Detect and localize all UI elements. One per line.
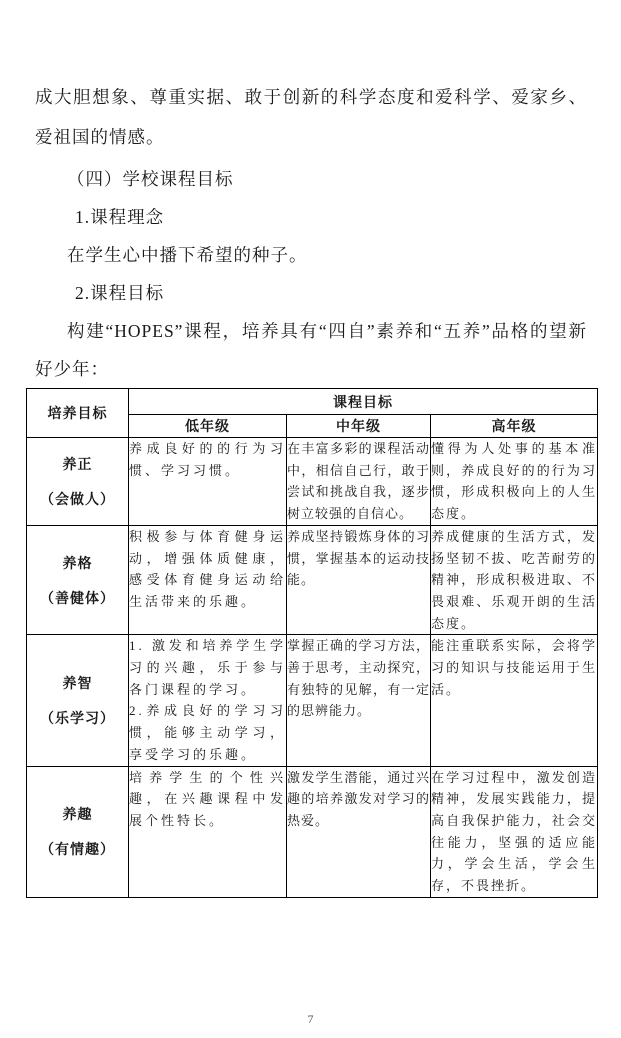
document-body: 成大胆想象、尊重实据、敢于创新的科学态度和爱科学、爱家乡、爱祖国的情感。 （四）… (35, 77, 587, 388)
header-cultivation-goal: 培养目标 (27, 389, 129, 438)
table-row-yangzheng: 养正 （会做人） 养成良好的的行为习惯、学习习惯。 在丰富多彩的课程活动中，相信… (27, 438, 598, 526)
row-label-cell: 养智 （乐学习） (27, 635, 129, 766)
subheading-course-goal: 2.课程目标 (35, 274, 587, 312)
header-course-goal: 课程目标 (129, 389, 598, 415)
cell-upper: 在学习过程中，激发创造精神，发展实践能力，提高自我保护能力，社会交往能力，坚强的… (431, 766, 598, 897)
row-label: 养正 (27, 452, 128, 476)
header-lower-grades: 低年级 (129, 415, 287, 438)
cell-lower: 积极参与体育健身运动，增强体质健康，感受体育健身运动给生活带来的乐趣。 (129, 525, 287, 635)
section-heading: （四）学校课程目标 (35, 160, 587, 198)
cell-upper: 能注重联系实际，会将学习的知识与技能运用于生活。 (431, 635, 598, 766)
cell-middle: 激发学生潜能，通过兴趣的培养激发对学习的热爱。 (287, 766, 431, 897)
row-sublabel: （乐学习） (27, 706, 128, 730)
row-sublabel: （会做人） (27, 487, 128, 511)
cell-middle: 养成坚持锻炼身体的习惯，掌握基本的运动技能。 (287, 525, 431, 635)
table-row-yangqu: 养趣 （有情趣） 培养学生的个性兴趣，在兴趣课程中发展个性特长。 激发学生潜能，… (27, 766, 598, 897)
page-number: 7 (0, 1012, 621, 1027)
row-label: 养智 (27, 671, 128, 695)
row-sublabel: （有情趣） (27, 837, 128, 861)
paragraph-goal-intro: 构建“HOPES”课程，培养具有“四自”素养和“五养”品格的望新好少年： (35, 312, 587, 388)
cell-lower: 培养学生的个性兴趣，在兴趣课程中发展个性特长。 (129, 766, 287, 897)
paragraph-continuation: 成大胆想象、尊重实据、敢于创新的科学态度和爱科学、爱家乡、爱祖国的情感。 (35, 77, 587, 157)
header-upper-grades: 高年级 (431, 415, 598, 438)
header-middle-grades: 中年级 (287, 415, 431, 438)
document-page: 成大胆想象、尊重实据、敢于创新的科学态度和爱科学、爱家乡、爱祖国的情感。 （四）… (0, 0, 621, 1038)
curriculum-goals-table: 培养目标 课程目标 低年级 中年级 高年级 养正 （会做人） 养成良好的的行为习… (26, 388, 598, 898)
row-label: 养趣 (27, 802, 128, 826)
cell-lower: 养成良好的的行为习惯、学习习惯。 (129, 438, 287, 526)
row-label: 养格 (27, 551, 128, 575)
cell-upper: 懂得为人处事的基本准则，养成良好的的行为习惯，形成积极向上的人生态度。 (431, 438, 598, 526)
cell-middle: 掌握正确的学习方法，善于思考，主动探究，有独特的见解，有一定的思辨能力。 (287, 635, 431, 766)
row-label-cell: 养趣 （有情趣） (27, 766, 129, 897)
paragraph-concept: 在学生心中播下希望的种子。 (35, 236, 587, 274)
subheading-course-concept: 1.课程理念 (35, 198, 587, 236)
cell-lower: 1. 激发和培养学生学习的兴趣，乐于参与各门课程的学习。 2.养成良好的学习习惯… (129, 635, 287, 766)
row-label-cell: 养正 （会做人） (27, 438, 129, 526)
table-row-yangge: 养格 （善健体） 积极参与体育健身运动，增强体质健康，感受体育健身运动给生活带来… (27, 525, 598, 635)
table-row-yangzhi: 养智 （乐学习） 1. 激发和培养学生学习的兴趣，乐于参与各门课程的学习。 2.… (27, 635, 598, 766)
cell-middle: 在丰富多彩的课程活动中，相信自己行，敢于尝试和挑战自我，逐步树立较强的自信心。 (287, 438, 431, 526)
cell-upper: 养成健康的生活方式，发扬坚韧不拔、吃苦耐劳的精神，形成积极进取、不畏艰难、乐观开… (431, 525, 598, 635)
row-label-cell: 养格 （善健体） (27, 525, 129, 635)
row-sublabel: （善健体） (27, 586, 128, 610)
